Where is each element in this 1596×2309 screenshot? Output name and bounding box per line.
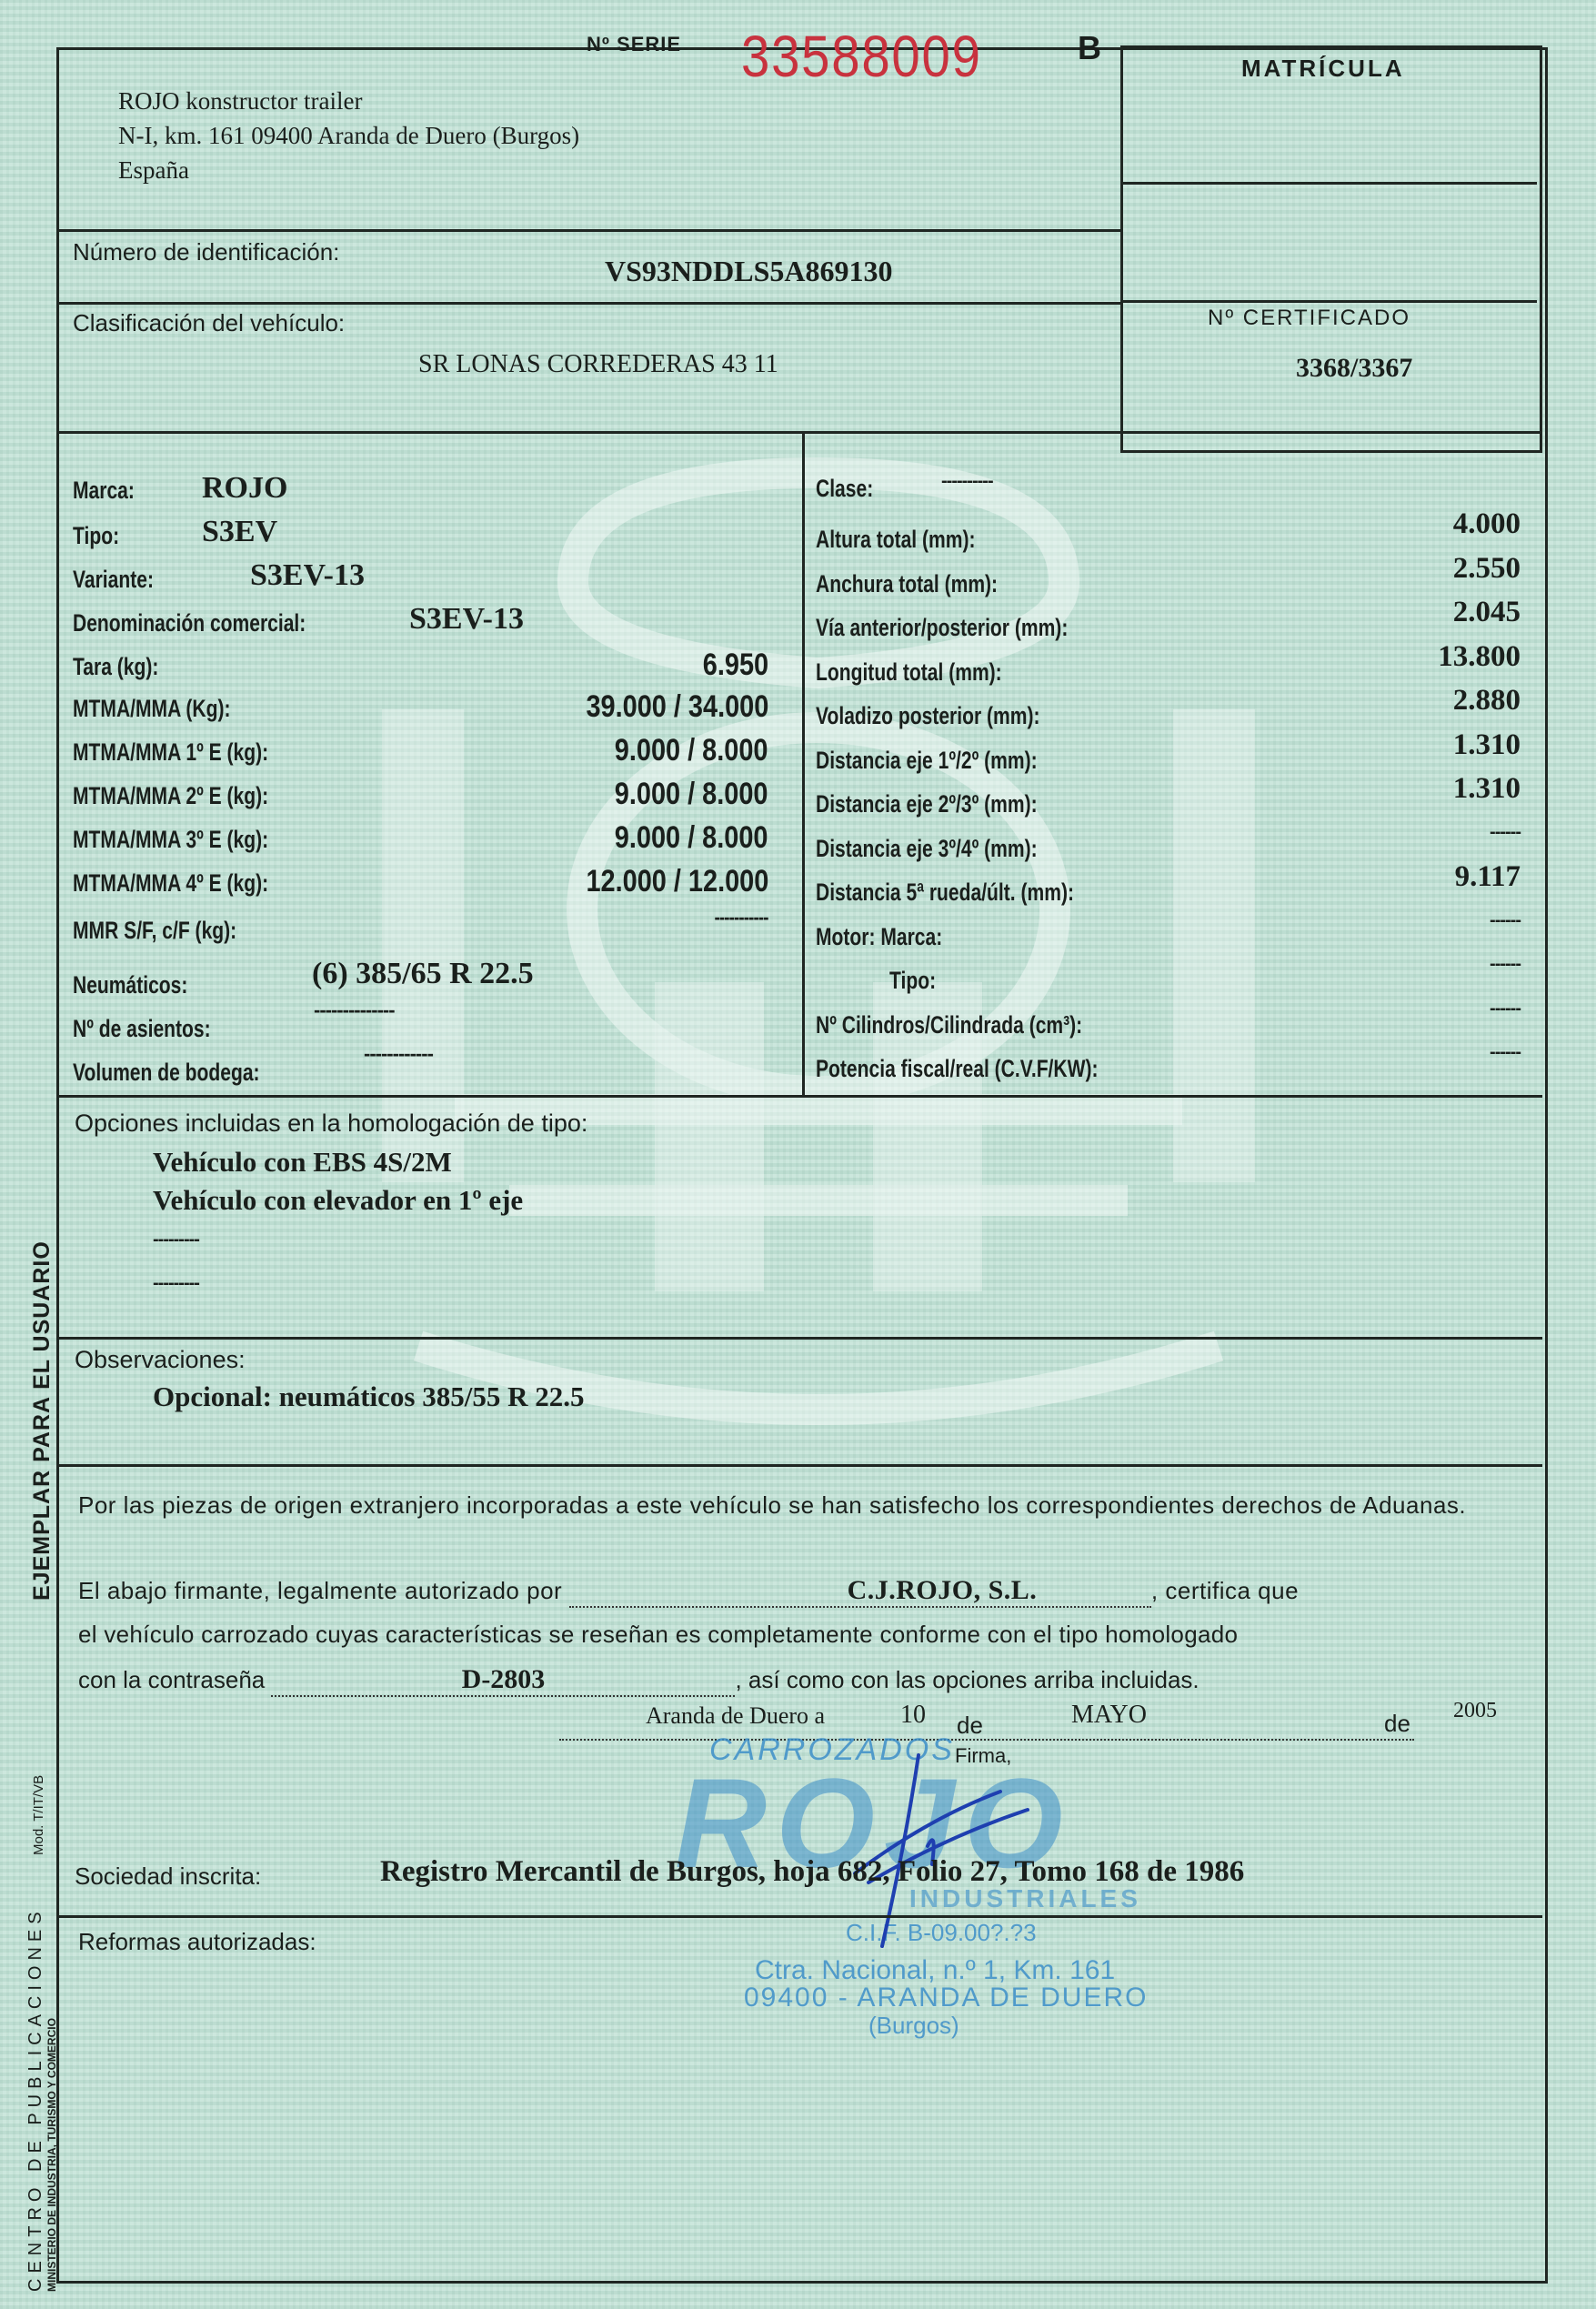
right-spec-label: Anchura total (mm):: [816, 570, 998, 598]
signature-icon: [818, 1737, 1055, 1955]
certify-text-pre: El abajo firmante, legalmente autorizado…: [78, 1577, 562, 1604]
left-spec-label: MTMA/MMA 2º E (kg):: [73, 782, 268, 810]
right-spec-label: Distancia eje 2º/3º (mm):: [816, 790, 1038, 818]
manufacturer-country: España: [118, 156, 189, 185]
right-spec-value: ------: [1490, 822, 1521, 843]
right-spec-value: ------: [1490, 999, 1521, 1019]
manufacturer-name: ROJO konstructor trailer: [118, 87, 362, 115]
bodega-value: ------------: [364, 1042, 433, 1066]
contrasena-text-post: , así como con las opciones arriba inclu…: [735, 1666, 1199, 1693]
right-spec-label: Tipo:: [889, 967, 936, 995]
customs-text: Por las piezas de origen extranjero inco…: [78, 1481, 1515, 1530]
date-de-2: de: [1384, 1710, 1410, 1738]
right-spec-value: ------: [1490, 954, 1521, 975]
observations-label: Observaciones:: [75, 1346, 246, 1374]
matricula-divider: [1120, 182, 1537, 185]
ministry-label: MINISTERIO DE INDUSTRIA, TURISMO Y COMER…: [45, 2018, 58, 2292]
denominacion-label: Denominación comercial:: [73, 609, 306, 637]
right-spec-value: 9.117: [1455, 860, 1521, 894]
model-label: Mod. T/IT/VB: [31, 1775, 46, 1855]
right-spec-label: Longitud total (mm):: [816, 658, 1002, 687]
matricula-box: [1120, 45, 1542, 453]
serie-suffix: B: [1078, 29, 1101, 67]
tipo-label: Tipo:: [73, 522, 119, 550]
certificado-label: Nº CERTIFICADO: [1208, 306, 1410, 331]
contrasena-value: D-2803: [462, 1664, 546, 1694]
class-divider: [56, 302, 1122, 305]
certify-line-2: el vehículo carrozado cuyas característi…: [78, 1621, 1238, 1649]
variante-label: Variante:: [73, 566, 154, 594]
left-spec-value: 9.000 / 8.000: [615, 733, 768, 768]
neumaticos-value: (6) 385/65 R 22.5: [312, 957, 534, 991]
authorized-by-value: C.J.ROJO, S.L.: [848, 1575, 1038, 1605]
right-spec-label: Vía anterior/posterior (mm):: [816, 614, 1068, 642]
certification-divider: [56, 1464, 1542, 1467]
clase-value: ----------: [941, 471, 993, 492]
specs-top-divider: [56, 431, 1542, 434]
right-spec-label: Distancia eje 3º/4º (mm):: [816, 835, 1038, 863]
right-spec-value: ------: [1490, 910, 1521, 931]
stamp-city: 09400 - ARANDA DE DUERO: [744, 1983, 1148, 2013]
option-item: ---------: [153, 1230, 199, 1250]
identification-value: VS93NDDLS5A869130: [605, 255, 892, 288]
reforms-divider: [56, 1915, 1542, 1918]
publisher-label: CENTRO DE PUBLICACIONES: [25, 1906, 46, 2292]
clase-label: Clase:: [816, 475, 873, 503]
tipo-value: S3EV: [202, 515, 277, 549]
left-spec-label: MTMA/MMA 4º E (kg):: [73, 869, 268, 898]
classification-value: SR LONAS CORREDERAS 43 11: [418, 350, 778, 379]
identification-label: Número de identificación:: [73, 238, 339, 266]
date-year: 2005: [1453, 1699, 1497, 1723]
left-spec-label: MTMA/MMA (Kg):: [73, 695, 230, 723]
right-spec-value: 1.310: [1453, 772, 1521, 806]
asientos-label: Nº de asientos:: [73, 1015, 211, 1043]
observations-value: Opcional: neumáticos 385/55 R 22.5: [153, 1380, 584, 1413]
right-spec-value: 2.550: [1453, 552, 1521, 586]
left-spec-value: 9.000 / 8.000: [615, 777, 768, 812]
contrasena-text-pre: con la contraseña: [78, 1666, 265, 1693]
right-spec-label: Distancia 5ª rueda/últ. (mm):: [816, 878, 1074, 907]
right-spec-label: Distancia eje 1º/2º (mm):: [816, 747, 1038, 775]
left-spec-value: 6.950: [703, 648, 768, 683]
left-spec-label: MMR S/F, c/F (kg):: [73, 917, 236, 945]
certify-text-post: , certifica que: [1151, 1577, 1299, 1604]
certify-line-3: con la contraseña D-2803 , así como con …: [78, 1664, 1200, 1697]
left-spec-label: MTMA/MMA 1º E (kg):: [73, 738, 268, 767]
right-spec-value: 2.880: [1453, 684, 1521, 718]
observations-divider: [56, 1337, 1542, 1340]
left-spec-value: 12.000 / 12.000: [586, 864, 768, 899]
options-label: Opciones incluidas en la homologación de…: [75, 1109, 587, 1138]
option-item: Vehículo con EBS 4S/2M: [153, 1146, 452, 1179]
society-label: Sociedad inscrita:: [75, 1862, 261, 1891]
option-item: ---------: [153, 1273, 199, 1294]
specs-center-divider: [802, 431, 805, 1095]
stamp-province: (Burgos): [868, 2012, 959, 2040]
left-spec-value: -----------: [715, 906, 768, 929]
reforms-label: Reformas autorizadas:: [78, 1928, 316, 1956]
right-spec-label: Potencia fiscal/real (C.V.F/KW):: [816, 1055, 1099, 1083]
bodega-label: Volumen de bodega:: [73, 1059, 260, 1087]
date-de-1: de: [957, 1712, 983, 1740]
marca-label: Marca:: [73, 477, 135, 505]
matricula-label: MATRÍCULA: [1241, 55, 1405, 83]
date-place: Aranda de Duero a: [646, 1702, 825, 1730]
option-item: Vehículo con elevador en 1º eje: [153, 1184, 523, 1217]
left-spec-label: Tara (kg):: [73, 653, 158, 681]
id-divider: [56, 229, 1122, 232]
classification-label: Clasificación del vehículo:: [73, 309, 345, 337]
right-spec-label: Voladizo posterior (mm):: [816, 702, 1039, 730]
serie-number: 33588009: [741, 23, 982, 90]
certificado-divider: [1120, 300, 1537, 303]
right-spec-value: 13.800: [1438, 640, 1521, 674]
denominacion-value: S3EV-13: [409, 602, 524, 637]
manufacturer-address: N-I, km. 161 09400 Aranda de Duero (Burg…: [118, 122, 579, 150]
date-day: 10: [900, 1701, 926, 1730]
right-spec-value: ------: [1490, 1042, 1521, 1063]
neumaticos-label: Neumáticos:: [73, 971, 187, 999]
right-spec-label: Motor: Marca:: [816, 923, 942, 951]
asientos-value: --------------: [314, 999, 395, 1022]
serie-label: Nº SERIE: [587, 33, 681, 56]
specs-bottom-divider: [56, 1095, 1542, 1098]
certify-line-1: El abajo firmante, legalmente autorizado…: [78, 1575, 1524, 1608]
contrasena-field: D-2803: [271, 1664, 735, 1697]
right-spec-label: Altura total (mm):: [816, 526, 976, 554]
certificado-value: 3368/3367: [1296, 353, 1412, 384]
date-month: MAYO: [1071, 1701, 1147, 1730]
authorized-by-field: C.J.ROJO, S.L.: [569, 1575, 1151, 1608]
variante-value: S3EV-13: [250, 558, 365, 593]
copy-label: EJEMPLAR PARA EL USUARIO: [29, 1240, 55, 1601]
left-spec-label: MTMA/MMA 3º E (kg):: [73, 826, 268, 854]
marca-value: ROJO: [202, 471, 287, 506]
right-spec-value: 1.310: [1453, 728, 1521, 762]
right-spec-value: 4.000: [1453, 507, 1521, 541]
right-spec-label: Nº Cilindros/Cilindrada (cm³):: [816, 1011, 1082, 1039]
stamp-address: Ctra. Nacional, n.º 1, Km. 161: [755, 1955, 1115, 1986]
left-spec-value: 9.000 / 8.000: [615, 820, 768, 856]
left-spec-value: 39.000 / 34.000: [586, 689, 768, 725]
right-spec-value: 2.045: [1453, 596, 1521, 629]
society-value: Registro Mercantil de Burgos, hoja 682, …: [380, 1855, 1244, 1889]
